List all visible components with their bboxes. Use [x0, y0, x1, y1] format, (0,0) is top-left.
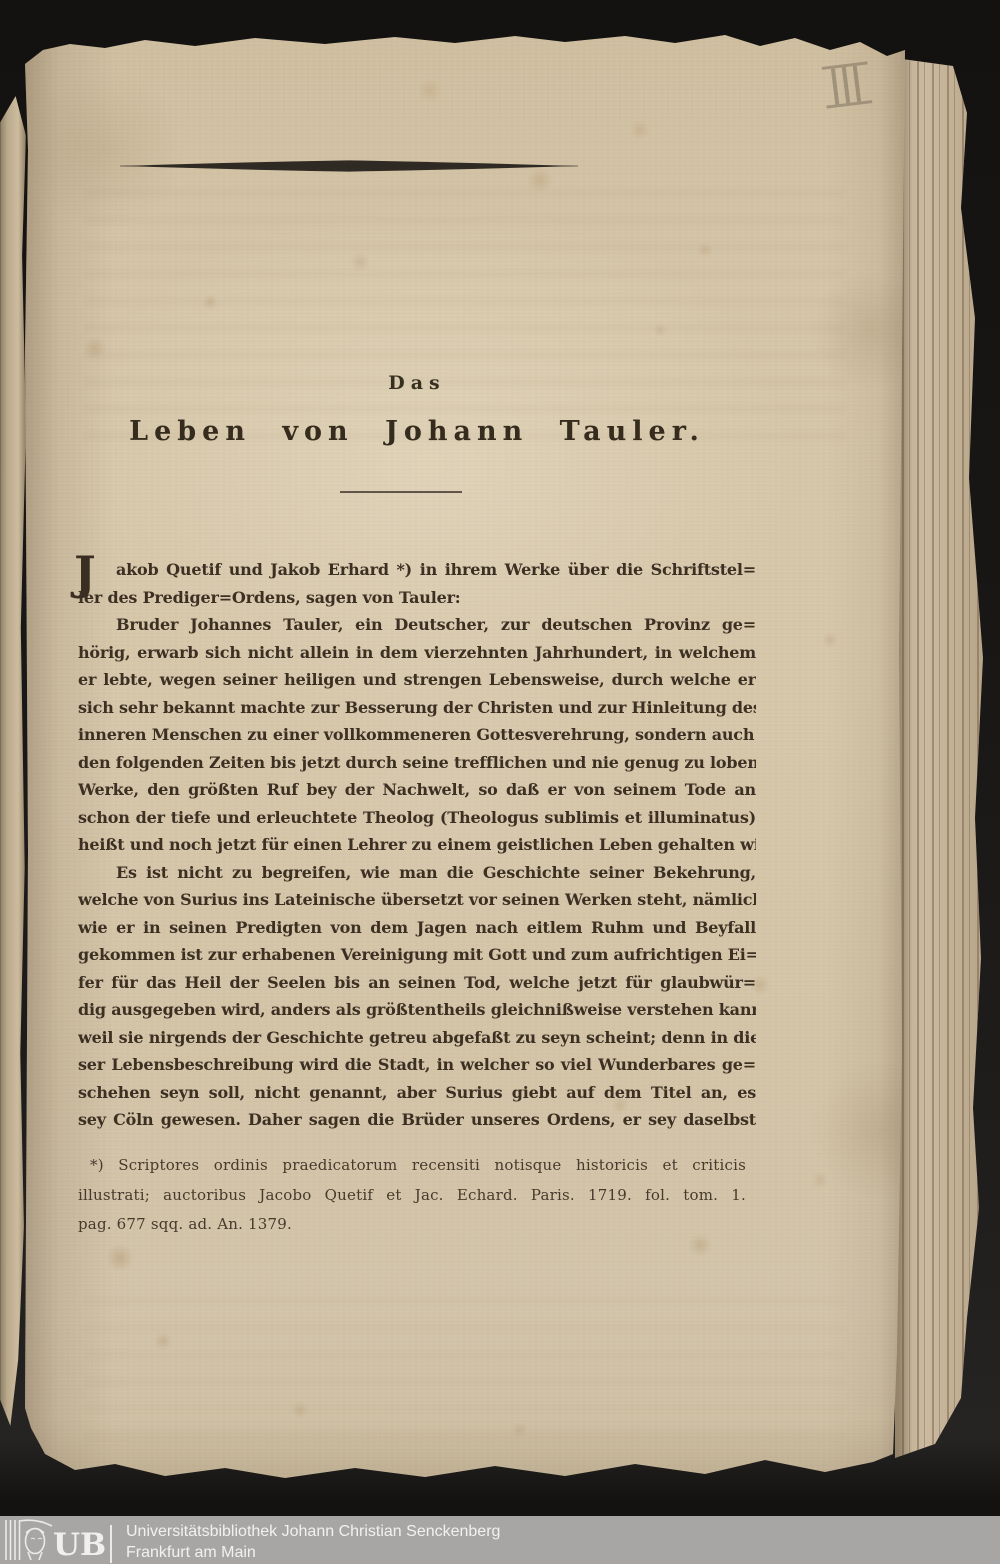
body-line: welche von Surius ins Lateinische überse…: [78, 890, 756, 917]
body-line: Bruder Johannes Tauler, ein Deutscher, z…: [78, 615, 756, 642]
body-line: sey Cöln gewesen. Daher sagen die Brüder…: [78, 1110, 756, 1137]
body-line: inneren Menschen zu einer vollkommeneren…: [78, 725, 756, 752]
scanned-page: Das Leben von Johann Tauler. J akob Quet…: [25, 30, 905, 1478]
body-line: Es ist nicht zu begreifen, wie man die G…: [78, 863, 756, 890]
body-line: Werke, den größten Ruf bey der Nachwelt,…: [78, 780, 756, 807]
book-fore-edge-pages: [895, 58, 995, 1462]
body-line: gekommen ist zur erhabenen Vereinigung m…: [78, 945, 756, 972]
swelled-rule: [120, 158, 578, 174]
body-line: akob Quetif und Jakob Erhard *) in ihrem…: [78, 560, 756, 587]
footnote-line: pag. 677 sqq. ad. An. 1379.: [78, 1215, 746, 1241]
page-title: Leben von Johann Tauler.: [48, 416, 786, 447]
body-line: sich sehr bekannt machte zur Besserung d…: [78, 698, 756, 725]
body-line: hörig, erwarb sich nicht allein in dem v…: [78, 643, 756, 670]
ub-logo-text: UB: [53, 1527, 106, 1563]
body-line: ser Lebensbeschreibung wird die Stadt, i…: [78, 1055, 756, 1082]
library-name: Universitätsbibliothek Johann Christian …: [126, 1521, 500, 1563]
scanned-book-page-viewer: { "stamp": { "page_number": "III" }, "he…: [0, 0, 1000, 1564]
footnote-line: illustrati; auctoribus Jacobo Quetif et …: [78, 1186, 746, 1212]
body-line: schon der tiefe und erleuchtete Theolog …: [78, 808, 756, 835]
ub-logo: UB: [2, 1517, 118, 1563]
body-line: weil sie nirgends der Geschichte getreu …: [78, 1028, 756, 1055]
body-line: dig ausgegeben wird, anders als größtent…: [78, 1000, 756, 1027]
body-line: er lebte, wegen seiner heiligen und stre…: [78, 670, 756, 697]
verso-showthrough: [85, 180, 845, 440]
footnote-line: *) Scriptores ordinis praedicatorum rece…: [78, 1156, 746, 1182]
body-line: schehen seyn soll, nicht genannt, aber S…: [78, 1083, 756, 1110]
library-name-line2: Frankfurt am Main: [126, 1542, 500, 1563]
body-line: fer für das Heil der Seelen bis an seine…: [78, 973, 756, 1000]
body-line: wie er in seinen Predigten von dem Jagen…: [78, 918, 756, 945]
library-name-line1: Universitätsbibliothek Johann Christian …: [126, 1521, 500, 1542]
previous-page-edge: [0, 96, 26, 1426]
title-rule: [340, 491, 462, 493]
page-kicker: Das: [78, 372, 756, 394]
page-number-stamp: [822, 61, 873, 108]
verso-showthrough: [85, 1280, 845, 1440]
body-line: ler des Prediger=Ordens, sagen von Taule…: [78, 588, 756, 615]
body-line: den folgenden Zeiten bis jetzt durch sei…: [78, 753, 756, 780]
body-line: heißt und noch jetzt für einen Lehrer zu…: [78, 835, 756, 862]
